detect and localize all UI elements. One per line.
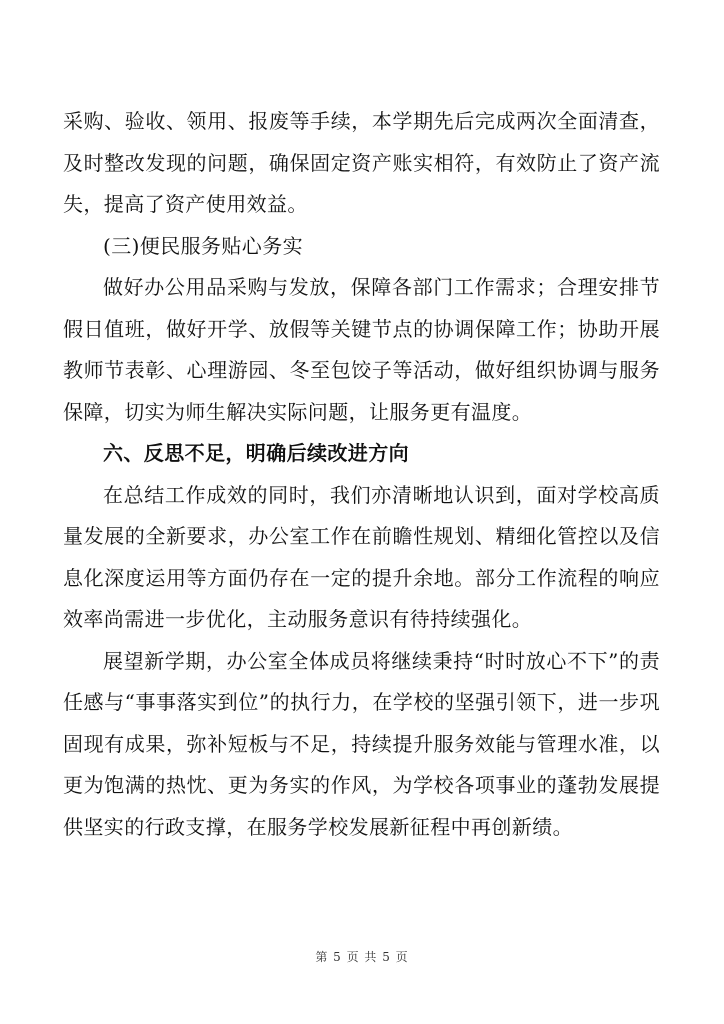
paragraph-outlook: 展望新学期，办公室全体成员将继续秉持“时时放心不下”的责任感与“事事落实到位”的…: [63, 641, 660, 849]
document-body: 采购、验收、领用、报废等手续，本学期先后完成两次全面清查，及时整改发现的问题，确…: [63, 101, 660, 848]
page-footer: 第 5 页 共 5 页: [0, 948, 724, 965]
document-page: 采购、验收、领用、报废等手续，本学期先后完成两次全面清查，及时整改发现的问题，确…: [0, 0, 724, 1024]
paragraph-asset-management: 采购、验收、领用、报废等手续，本学期先后完成两次全面清查，及时整改发现的问题，确…: [63, 101, 660, 226]
paragraph-shortcomings: 在总结工作成效的同时，我们亦清晰地认识到，面对学校高质量发展的全新要求，办公室工…: [63, 475, 660, 641]
paragraph-service-work: 做好办公用品采购与发放，保障各部门工作需求；合理安排节假日值班，做好开学、放假等…: [63, 267, 660, 433]
section-heading-reflection: 六、反思不足，明确后续改进方向: [63, 433, 660, 475]
page-number-label: 第 5 页 共 5 页: [315, 950, 408, 964]
section-subheading-convenient-service: (三)便民服务贴心务实: [63, 226, 660, 268]
